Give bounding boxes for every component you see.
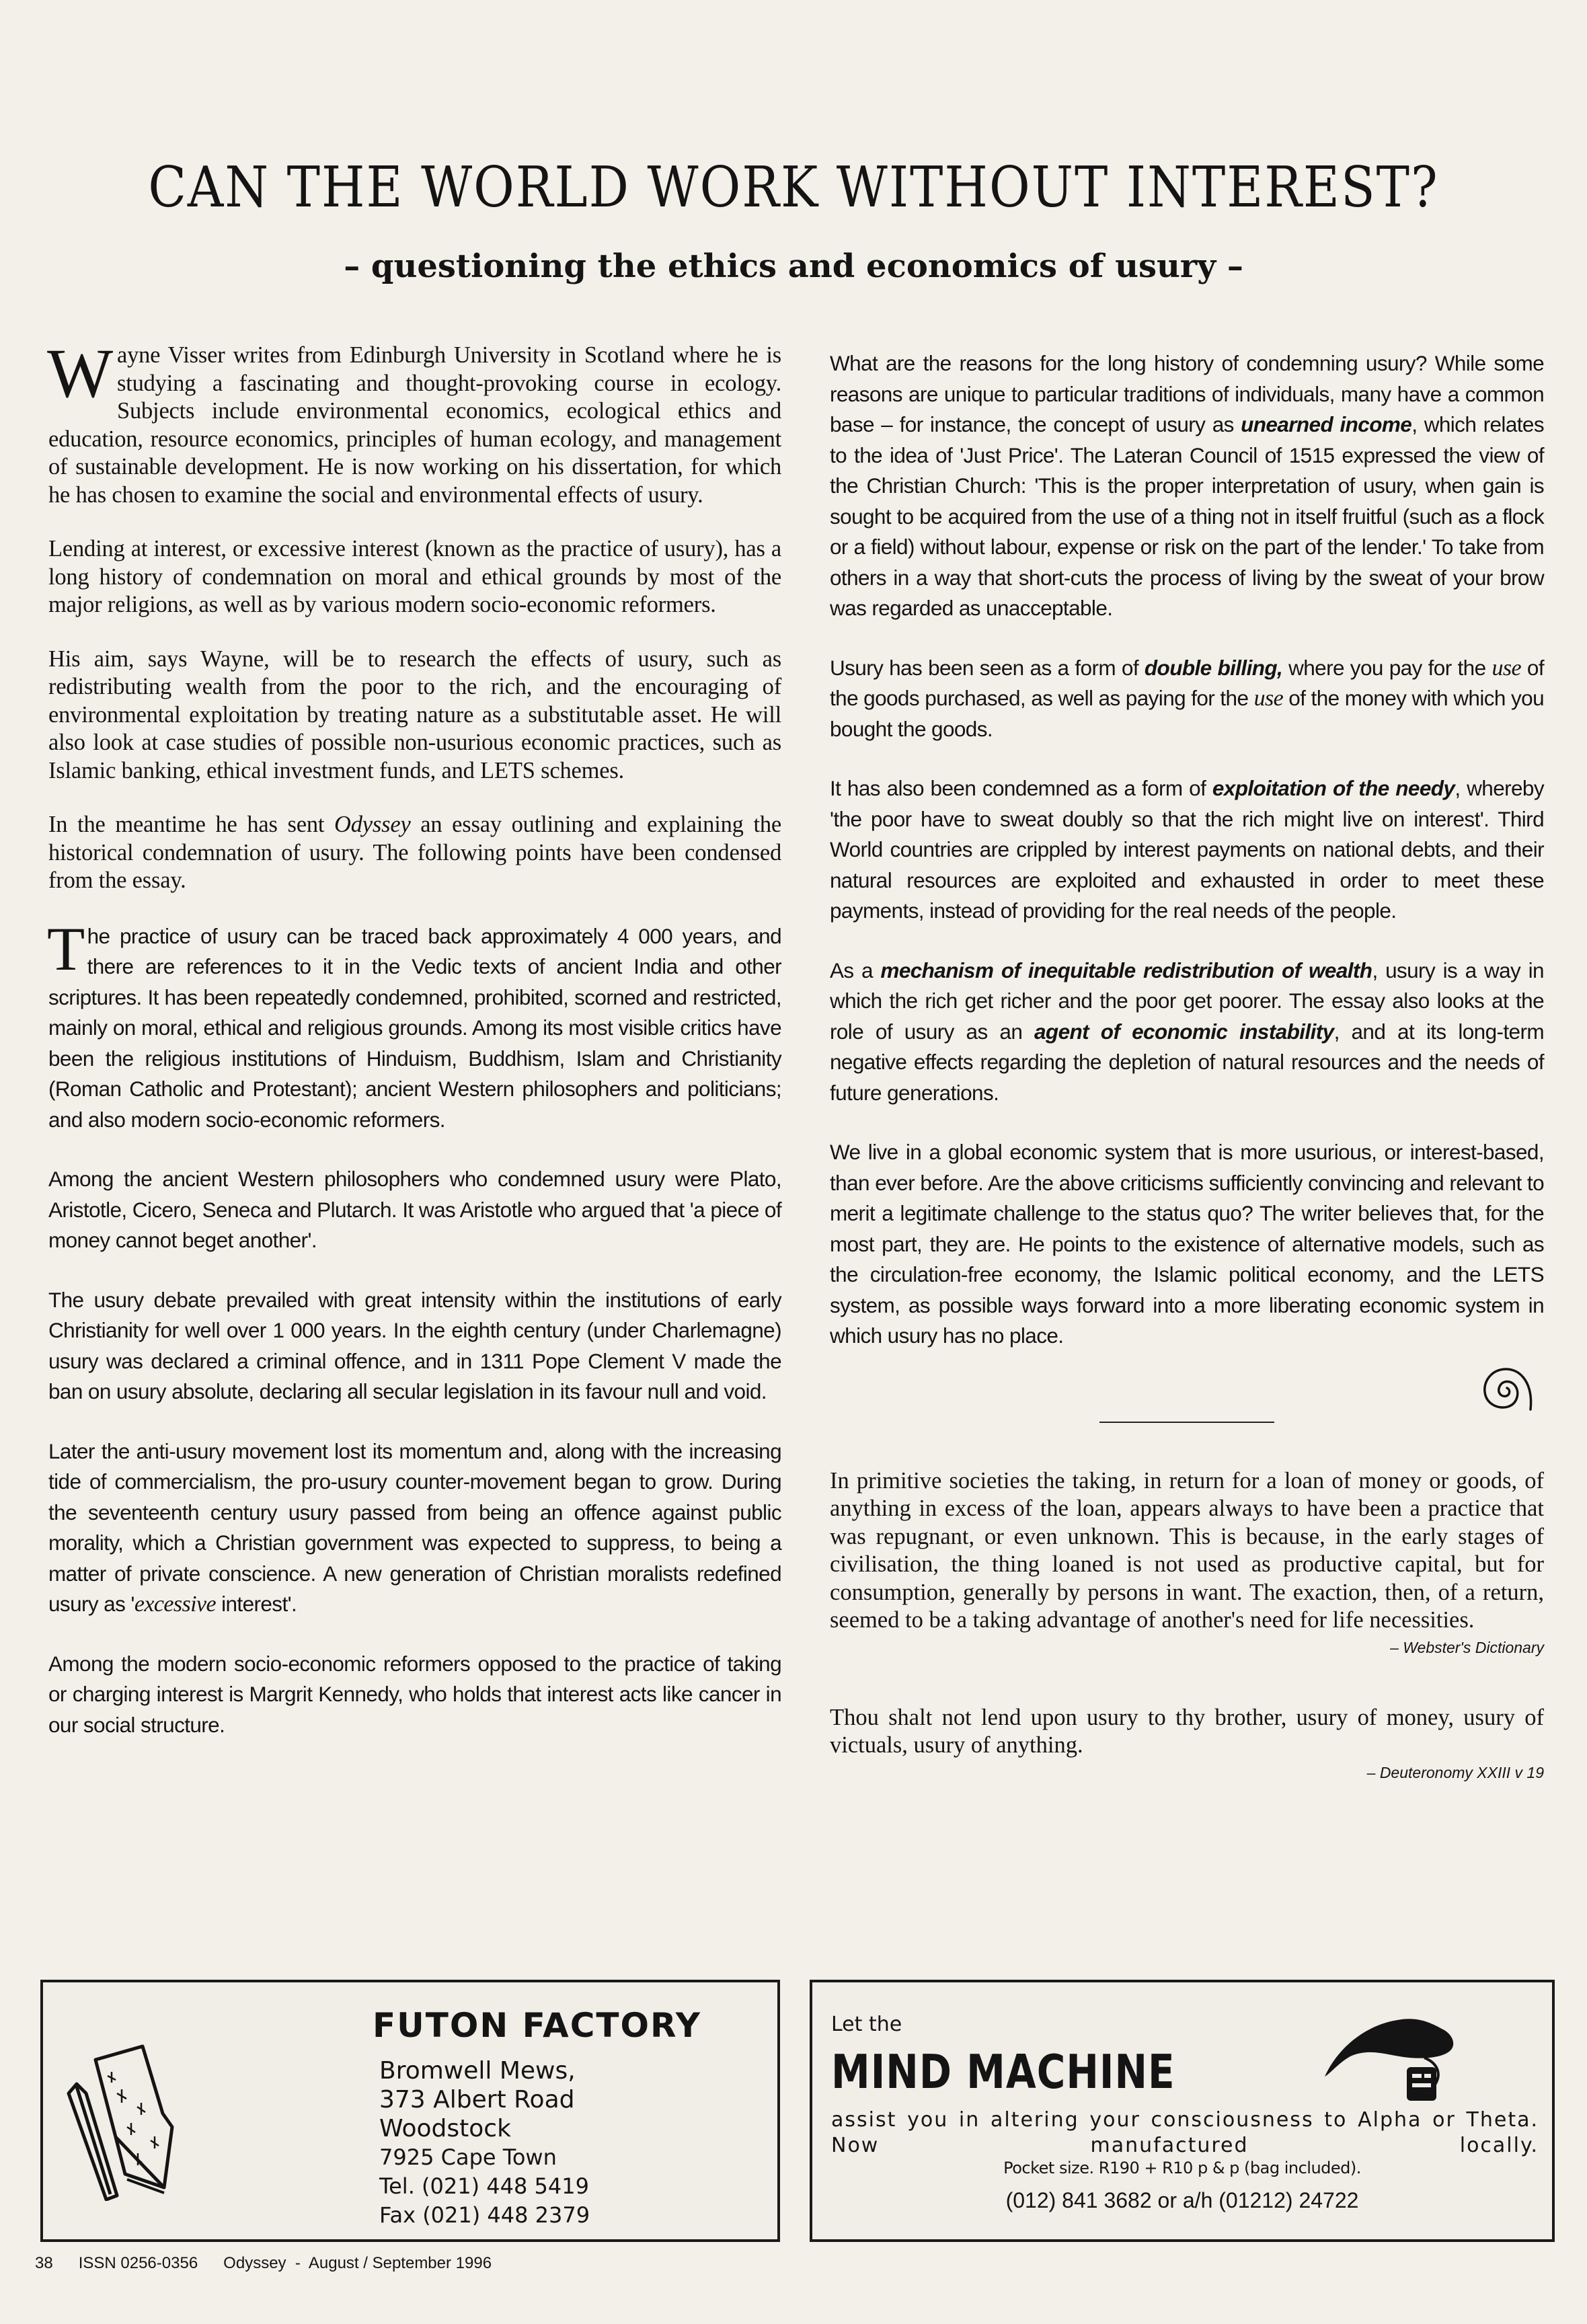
emphasis: double billing, xyxy=(1145,656,1282,680)
quote-attribution: – Deuteronomy XXIII v 19 xyxy=(830,1764,1544,1782)
text: Usury has been seen as a form of xyxy=(830,656,1145,680)
mind-ad-price: Pocket size. R190 + R10 p & p (bag inclu… xyxy=(812,2159,1552,2177)
essay-right-section: What are the reasons for the long histor… xyxy=(830,348,1544,1352)
intro-paragraph-4: In the meantime he has sent Odyssey an e… xyxy=(48,811,781,895)
issn: ISSN 0256-0356 xyxy=(79,2254,198,2272)
section-divider xyxy=(1099,1422,1274,1423)
address-line: Woodstock xyxy=(379,2114,590,2143)
intro-paragraph-1: Wayne Visser writes from Edinburgh Unive… xyxy=(48,342,781,509)
essay-paragraph-1: The practice of usury can be traced back… xyxy=(48,921,781,1136)
text: where you pay for the xyxy=(1282,656,1492,680)
article-subtitle: – questioning the ethics and economics o… xyxy=(0,247,1587,285)
essay-paragraph-6: What are the reasons for the long histor… xyxy=(830,348,1544,624)
magazine-name: Odyssey xyxy=(334,812,411,837)
essay-paragraph-8: It has also been condemned as a form of … xyxy=(830,773,1544,927)
essay-paragraph-10: We live in a global economic system that… xyxy=(830,1137,1544,1352)
left-column: Wayne Visser writes from Edinburgh Unive… xyxy=(48,342,781,1769)
mind-ad-body: assist you in altering your consciousnes… xyxy=(831,2107,1539,2159)
futon-ad-title: FUTON FACTORY xyxy=(373,2006,701,2045)
address-line: Bromwell Mews, xyxy=(379,2056,590,2085)
intro-paragraph-1-text: ayne Visser writes from Edinburgh Univer… xyxy=(48,342,781,508)
fax-line: Fax (021) 448 2379 xyxy=(379,2201,590,2230)
emphasis: exploitation of the needy xyxy=(1212,776,1455,800)
page-footer: 38ISSN 0256-0356Odyssey - August / Septe… xyxy=(35,2254,517,2273)
phone-line: Tel. (021) 448 5419 xyxy=(379,2172,590,2201)
quote-attribution: – Webster's Dictionary xyxy=(830,1639,1544,1657)
emphasis: use xyxy=(1254,686,1284,711)
essay-paragraph-9: As a mechanism of inequitable redistribu… xyxy=(830,956,1544,1109)
address-line: 7925 Cape Town xyxy=(379,2143,590,2172)
emphasis: mechanism of inequitable redistribution … xyxy=(880,958,1372,982)
text: , which relates to the idea of 'Just Pri… xyxy=(830,412,1544,620)
page-number: 38 xyxy=(35,2254,53,2272)
quotes-section: In primitive societies the taking, in re… xyxy=(830,1467,1544,1782)
emphasis: unearned income xyxy=(1241,412,1411,436)
quote-webster: In primitive societies the taking, in re… xyxy=(830,1467,1544,1635)
essay-paragraph-4: Later the anti-usury movement lost its m… xyxy=(48,1436,781,1620)
mind-ad-intro: Let the xyxy=(831,2013,902,2036)
address-line: 373 Albert Road xyxy=(379,2085,590,2114)
essay-paragraph-3: The usury debate prevailed with great in… xyxy=(48,1285,781,1407)
text: interest'. xyxy=(216,1592,297,1616)
essay-paragraph-7: Usury has been seen as a form of double … xyxy=(830,653,1544,745)
text: It has also been condemned as a form of xyxy=(830,776,1212,800)
drop-cap: T xyxy=(47,924,85,974)
text: he practice of usury can be traced back … xyxy=(48,924,781,1132)
essay-paragraph-5: Among the modern socio-economic reformer… xyxy=(48,1649,781,1741)
text: In the meantime he has sent xyxy=(48,812,334,837)
emphasis: agent of economic instability xyxy=(1034,1019,1334,1044)
emphasis: excessive xyxy=(134,1592,216,1617)
intro-section: Wayne Visser writes from Edinburgh Unive… xyxy=(48,342,781,895)
mind-ad-title: MIND MACHINE xyxy=(831,2044,1175,2099)
drop-cap: W xyxy=(47,346,113,402)
intro-paragraph-3: His aim, says Wayne, will be to research… xyxy=(48,646,781,785)
essay-left-section: The practice of usury can be traced back… xyxy=(48,921,781,1741)
mind-ad-phone: (012) 841 3682 or a/h (01212) 24722 xyxy=(812,2188,1552,2213)
intro-paragraph-2: Lending at interest, or excessive intere… xyxy=(48,535,781,619)
mind-machine-ad: Let the MIND MACHINE assist you in alter… xyxy=(810,1980,1555,2242)
text: As a xyxy=(830,958,880,982)
article-title: CAN THE WORLD WORK WITHOUT INTEREST? xyxy=(0,155,1587,220)
spiral-icon xyxy=(1477,1357,1537,1418)
futon-ad-address: Bromwell Mews, 373 Albert Road Woodstock… xyxy=(379,2056,590,2230)
essay-paragraph-2: Among the ancient Western philosophers w… xyxy=(48,1164,781,1256)
text: Later the anti-usury movement lost its m… xyxy=(48,1439,781,1617)
goggles-device-icon xyxy=(1323,2009,1458,2103)
futon-factory-ad: FUTON FACTORY Bromwell Mews, 373 Albert … xyxy=(40,1980,780,2242)
futon-chair-icon xyxy=(63,2019,191,2201)
publication-info: Odyssey - August / September 1996 xyxy=(223,2254,492,2272)
emphasis: use xyxy=(1492,656,1521,681)
quote-deuteronomy: Thou shalt not lend upon usury to thy br… xyxy=(830,1704,1544,1760)
right-column: What are the reasons for the long histor… xyxy=(830,342,1544,1782)
